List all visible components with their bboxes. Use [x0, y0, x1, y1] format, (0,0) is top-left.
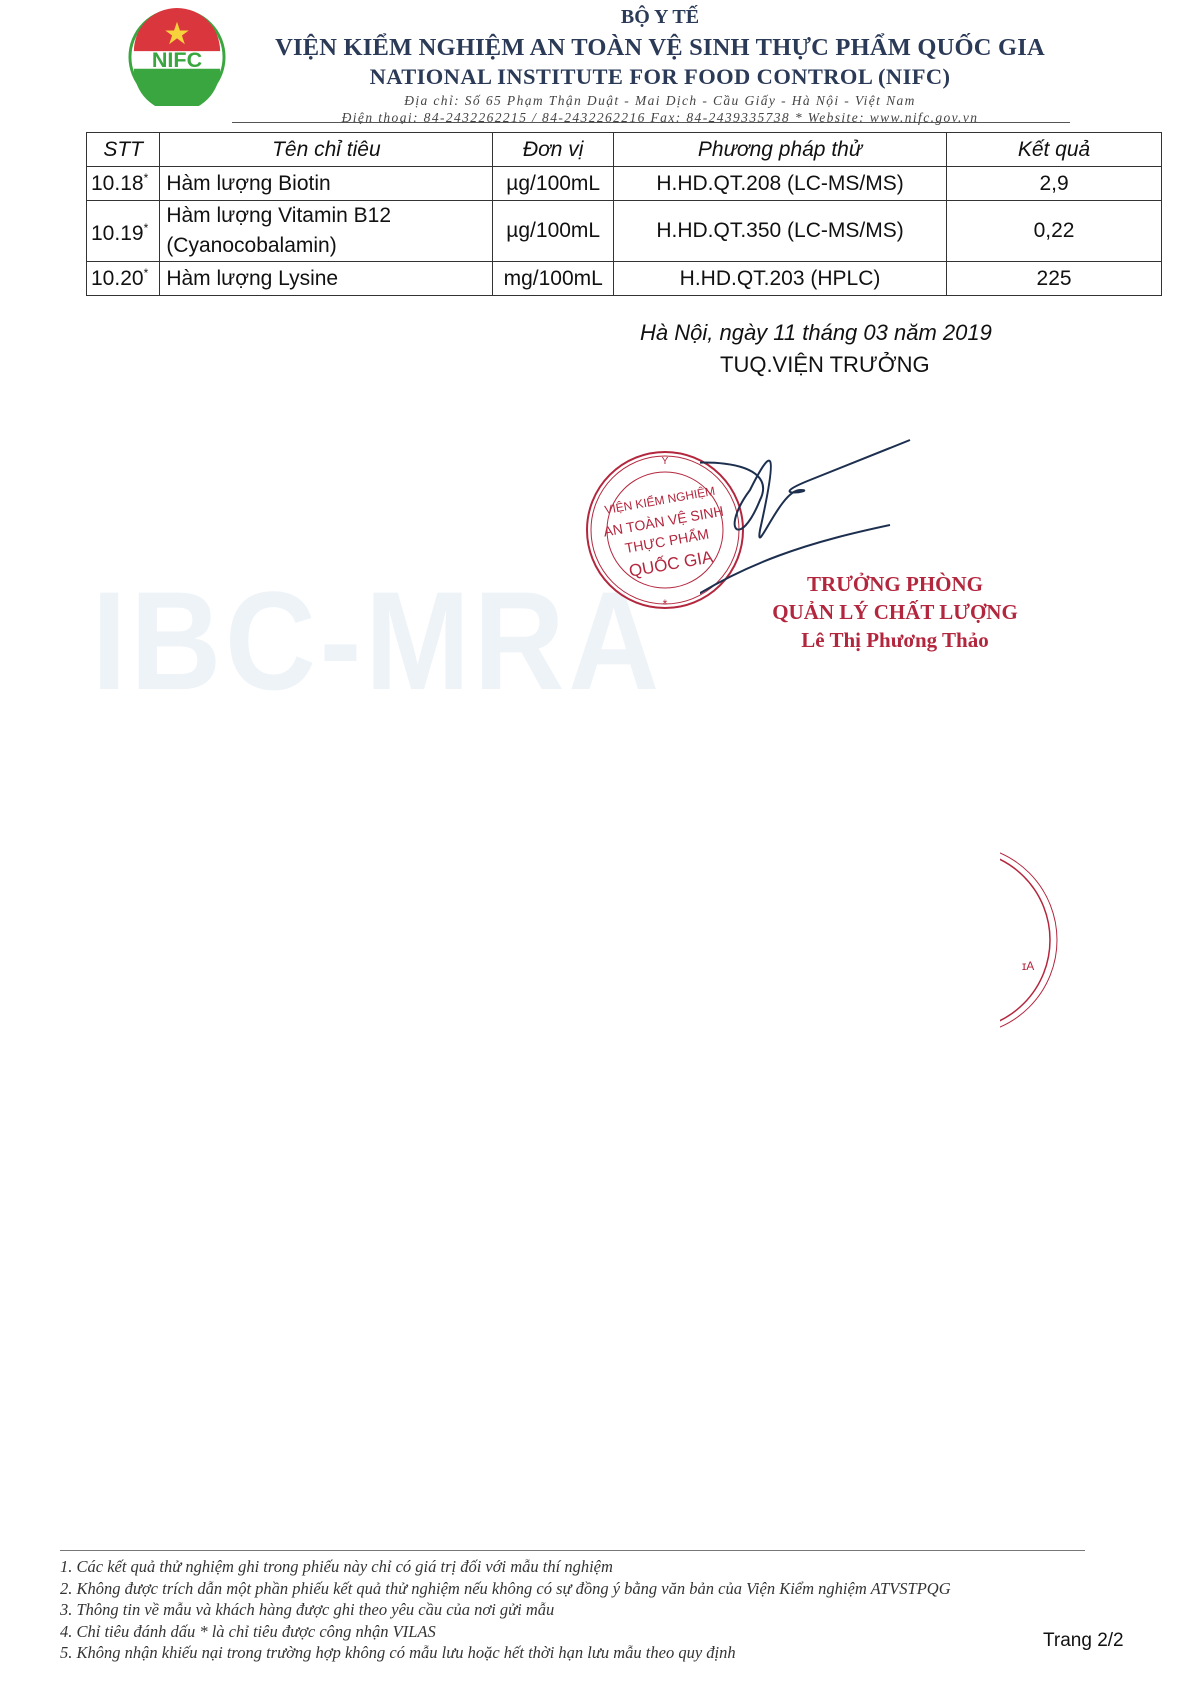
signer-position-2: QUẢN LÝ CHẤT LƯỢNG [770, 598, 1020, 626]
row-name: Hàm lượng Biotin [160, 167, 493, 201]
vilas-mark: * [144, 171, 149, 185]
col-header-result: Kết quả [947, 133, 1162, 167]
row-stt: 10.19 [91, 222, 144, 245]
footer-divider [60, 1550, 1085, 1551]
results-table: STT Tên chỉ tiêu Đơn vị Phương pháp thử … [86, 132, 1162, 296]
row-result: 2,9 [947, 167, 1162, 201]
row-result: 225 [947, 262, 1162, 296]
row-method: H.HD.QT.203 (HPLC) [613, 262, 946, 296]
watermark: IBC-MRA [92, 560, 663, 722]
col-header-name: Tên chỉ tiêu [160, 133, 493, 167]
vilas-mark: * [144, 221, 149, 235]
col-header-unit: Đơn vị [493, 133, 614, 167]
svg-text:ɪA: ɪA [1022, 959, 1034, 973]
institute-contact: Điện thoại: 84-2432262215 / 84-243226221… [230, 110, 1090, 126]
signer-position-1: TRƯỞNG PHÒNG [770, 570, 1020, 598]
table-row: 10.20* Hàm lượng Lysine mg/100mL H.HD.QT… [87, 262, 1162, 296]
row-name: Hàm lượng Lysine [160, 262, 493, 296]
table-header-row: STT Tên chỉ tiêu Đơn vị Phương pháp thử … [87, 133, 1162, 167]
ministry-name: BỘ Y TẾ [230, 6, 1090, 29]
col-header-stt: STT [87, 133, 160, 167]
issue-date: Hà Nội, ngày 11 tháng 03 năm 2019 [640, 320, 992, 346]
header-divider [232, 122, 1070, 123]
row-stt: 10.18 [91, 172, 144, 195]
note-item: 4. Chỉ tiêu đánh dấu * là chỉ tiêu được … [60, 1621, 951, 1643]
signer-name: Lê Thị Phương Thảo [770, 626, 1020, 654]
row-name: Hàm lượng Vitamin B12(Cyanocobalamin) [160, 201, 493, 262]
note-item: 2. Không được trích dẫn một phần phiếu k… [60, 1578, 951, 1600]
row-stt: 10.20 [91, 267, 144, 290]
row-method: H.HD.QT.208 (LC-MS/MS) [613, 167, 946, 201]
col-header-method: Phương pháp thử [613, 133, 946, 167]
note-item: 5. Không nhận khiếu nại trong trường hợp… [60, 1642, 951, 1664]
row-unit: µg/100mL [493, 167, 614, 201]
row-unit: mg/100mL [493, 262, 614, 296]
svg-text:*: * [663, 597, 668, 611]
row-method: H.HD.QT.350 (LC-MS/MS) [613, 201, 946, 262]
institute-name-vi: VIỆN KIỂM NGHIỆM AN TOÀN VỆ SINH THỰC PH… [230, 34, 1090, 62]
signer-block: TRƯỞNG PHÒNG QUẢN LÝ CHẤT LƯỢNG Lê Thị P… [770, 570, 1020, 654]
row-result: 0,22 [947, 201, 1162, 262]
institute-address: Địa chỉ: Số 65 Phạm Thận Duật - Mai Dịch… [230, 93, 1090, 109]
table-row: 10.18* Hàm lượng Biotin µg/100mL H.HD.QT… [87, 167, 1162, 201]
note-item: 1. Các kết quả thử nghiệm ghi trong phiế… [60, 1556, 951, 1578]
note-item: 3. Thông tin về mẫu và khách hàng được g… [60, 1599, 951, 1621]
row-unit: µg/100mL [493, 201, 614, 262]
signing-authority: TUQ.VIỆN TRƯỞNG [720, 352, 930, 378]
svg-text:NIFC: NIFC [152, 47, 202, 72]
partial-stamp-icon: ɪA [1000, 840, 1100, 1040]
svg-text:Y: Y [662, 456, 669, 467]
institute-name-en: NATIONAL INSTITUTE FOR FOOD CONTROL (NIF… [230, 64, 1090, 90]
footer-notes: 1. Các kết quả thử nghiệm ghi trong phiế… [60, 1556, 951, 1664]
vilas-mark: * [144, 266, 149, 280]
page-number: Trang 2/2 [1043, 1630, 1124, 1652]
table-row: 10.19* Hàm lượng Vitamin B12(Cyanocobala… [87, 201, 1162, 262]
nifc-logo-icon: NIFC [128, 8, 226, 106]
